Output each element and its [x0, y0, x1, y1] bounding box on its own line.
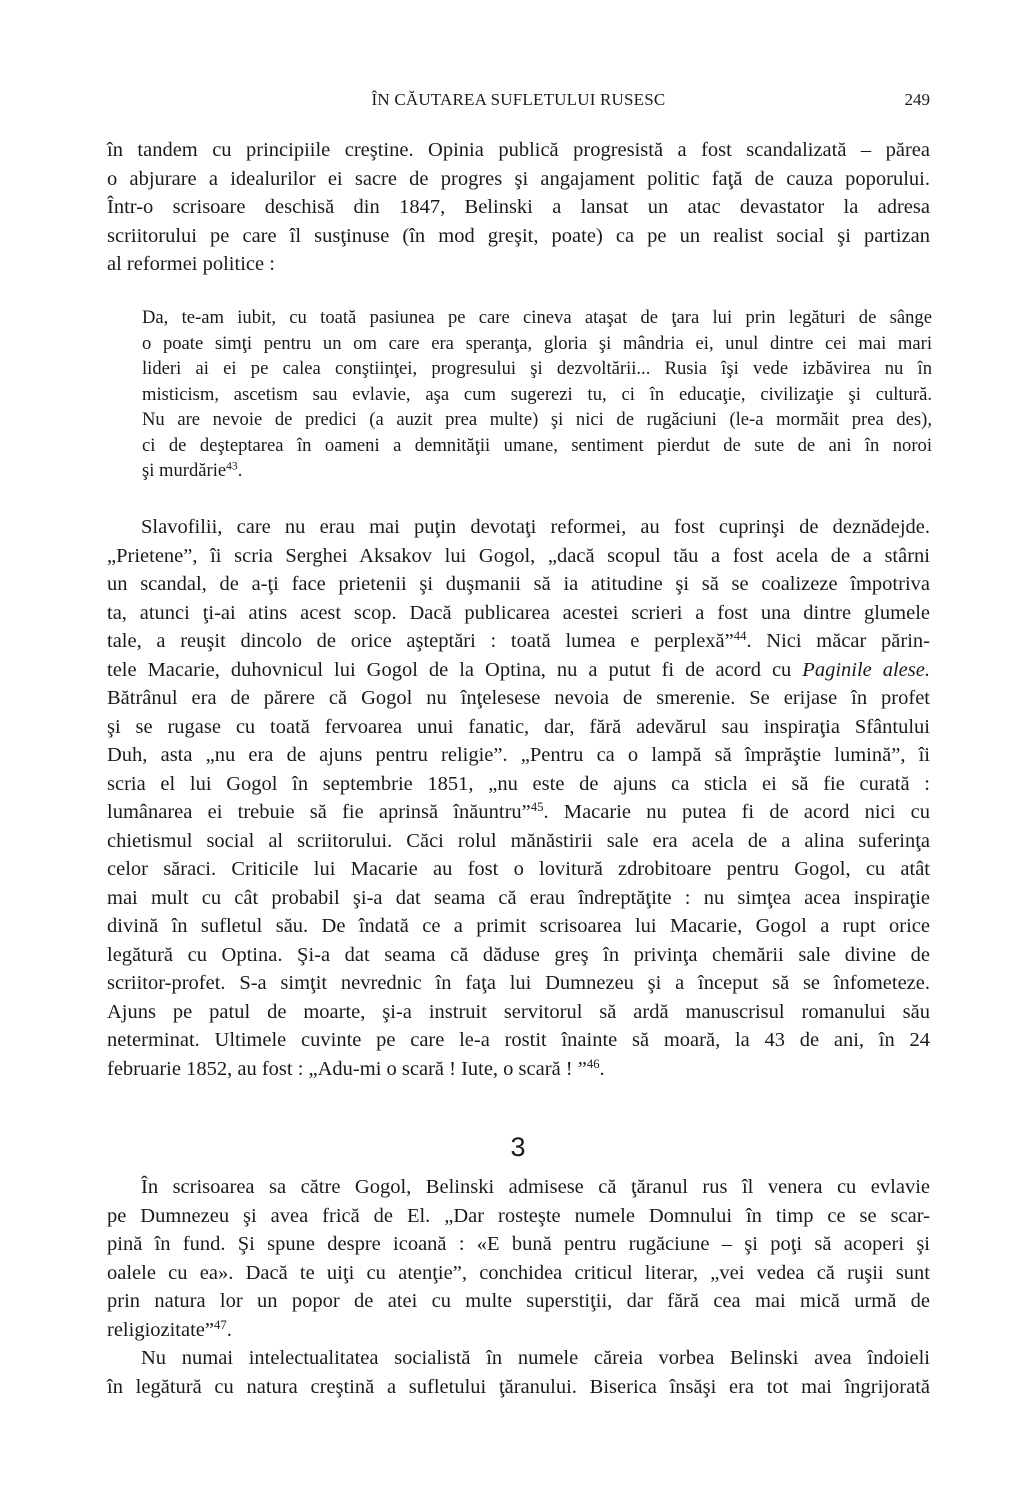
text-line: o abjurare a idealurilor ei sacre de pro…	[107, 165, 930, 194]
text-line: neterminat. Ultimele cuvinte pe care le-…	[107, 1026, 930, 1055]
text: .	[600, 1058, 605, 1080]
text-line: şi se rugase cu toată fervoarea unui fan…	[107, 713, 930, 742]
text-line: Duh, asta „nu era de ajuns pentru religi…	[107, 741, 930, 770]
block-quote: Da, te-am iubit, cu toată pasiunea pe ca…	[142, 305, 932, 484]
text-line: tele Macarie, duhovnicul lui Gogol de la…	[107, 656, 930, 685]
text-line: divină în sufletul său. De îndată ce a p…	[107, 912, 930, 941]
text-line: tale, a reuşit dincolo de orice aşteptăr…	[107, 627, 930, 656]
running-title: ÎN CĂUTAREA SUFLETULUI RUSESC	[107, 90, 930, 110]
text-line: în legătură cu natura creştină a sufletu…	[107, 1373, 930, 1402]
text-line: un scandal, de a-ţi face prietenii şi du…	[107, 570, 930, 599]
text: . Nici măcar părin-	[746, 630, 930, 652]
paragraph-intelligentsia: Nu numai intelectualitatea socialistă în…	[107, 1344, 930, 1401]
footnote-ref: 47	[214, 1318, 227, 1332]
section-heading-number: 3	[0, 1132, 1024, 1163]
text-line: scriitorului pe care îl susţinuse (în mo…	[107, 222, 930, 251]
footnote-ref: 43	[226, 461, 238, 473]
text-line: scriitor-profet. S-a simţit nevrednic în…	[107, 969, 930, 998]
text-line: al reformei politice :	[107, 250, 930, 279]
paragraph-slavophiles: Slavofilii, care nu erau mai puţin devot…	[107, 513, 930, 1083]
text-line: prin natura lor un popor de atei cu mult…	[107, 1287, 930, 1316]
footnote-ref: 44	[734, 629, 747, 643]
text: religiozitate”	[107, 1319, 214, 1341]
text: . Macarie nu putea fi de acord nici cu	[543, 801, 930, 823]
paragraph-section3: În scrisoarea sa către Gogol, Belinski a…	[107, 1173, 930, 1344]
text-line: „Prietene”, îi scria Serghei Aksakov lui…	[107, 542, 930, 571]
text-line: pe Dumnezeu şi avea frică de El. „Dar ro…	[107, 1202, 930, 1231]
quote-line: Da, te-am iubit, cu toată pasiunea pe ca…	[142, 305, 932, 331]
footnote-ref: 45	[531, 800, 544, 814]
text: .	[227, 1319, 232, 1341]
text: lumânarea ei trebuie să fie aprinsă înău…	[107, 801, 531, 823]
running-header: ÎN CĂUTAREA SUFLETULUI RUSESC 249	[107, 90, 930, 114]
text: tele Macarie, duhovnicul lui Gogol de la…	[107, 659, 802, 681]
text-line: celor săraci. Criticile lui Macarie au f…	[107, 855, 930, 884]
text-line: Ajuns pe patul de moarte, şi-a instruit …	[107, 998, 930, 1027]
book-title-italic: Paginile alese.	[802, 659, 930, 681]
text-line: Bătrânul era de părere că Gogol nu înţel…	[107, 684, 930, 713]
page-number: 249	[905, 90, 931, 110]
text: februarie 1852, au fost : „Adu-mi o scar…	[107, 1058, 587, 1080]
text-line: februarie 1852, au fost : „Adu-mi o scar…	[107, 1055, 930, 1084]
text-line: oalele cu ea». Dacă te uiţi cu atenţie”,…	[107, 1259, 930, 1288]
text: tale, a reuşit dincolo de orice aşteptăr…	[107, 630, 734, 652]
paragraph-continuation: în tandem cu principiile creştine. Opini…	[107, 136, 930, 279]
text-line: Nu numai intelectualitatea socialistă în…	[107, 1344, 930, 1373]
quote-line: Nu are nevoie de predici (a auzit prea m…	[142, 407, 932, 433]
text-line: scria el lui Gogol în septembrie 1851, „…	[107, 770, 930, 799]
quote-text: şi murdărie	[142, 460, 226, 481]
text-line: În scrisoarea sa către Gogol, Belinski a…	[107, 1173, 930, 1202]
quote-line: o poate simţi pentru un om care era sper…	[142, 331, 932, 357]
quote-line: ci de deşteptarea în oameni a demnităţii…	[142, 433, 932, 459]
text-line: lumânarea ei trebuie să fie aprinsă înău…	[107, 798, 930, 827]
quote-line: misticism, ascetism sau evlavie, aşa cum…	[142, 382, 932, 408]
punctuation: .	[238, 460, 243, 481]
text-line: pină în fund. Şi spune despre icoană : «…	[107, 1230, 930, 1259]
text-line: Într-o scrisoare deschisă din 1847, Beli…	[107, 193, 930, 222]
text-line: în tandem cu principiile creştine. Opini…	[107, 136, 930, 165]
book-page: ÎN CĂUTAREA SUFLETULUI RUSESC 249 în tan…	[0, 0, 1024, 1504]
text-line: ta, atunci ţi-ai atins acest scop. Dacă …	[107, 599, 930, 628]
quote-line: lideri ai ei pe calea conştiinţei, progr…	[142, 356, 932, 382]
text-line: chietismul social al scriitorului. Căci …	[107, 827, 930, 856]
text-line: mai mult cu cât probabil şi-a dat seama …	[107, 884, 930, 913]
text-line: legătură cu Optina. Şi-a dat seama că dă…	[107, 941, 930, 970]
text-line: religiozitate”47.	[107, 1316, 930, 1345]
text-line: Slavofilii, care nu erau mai puţin devot…	[107, 513, 930, 542]
quote-line: şi murdărie43.	[142, 458, 932, 484]
footnote-ref: 46	[587, 1057, 600, 1071]
